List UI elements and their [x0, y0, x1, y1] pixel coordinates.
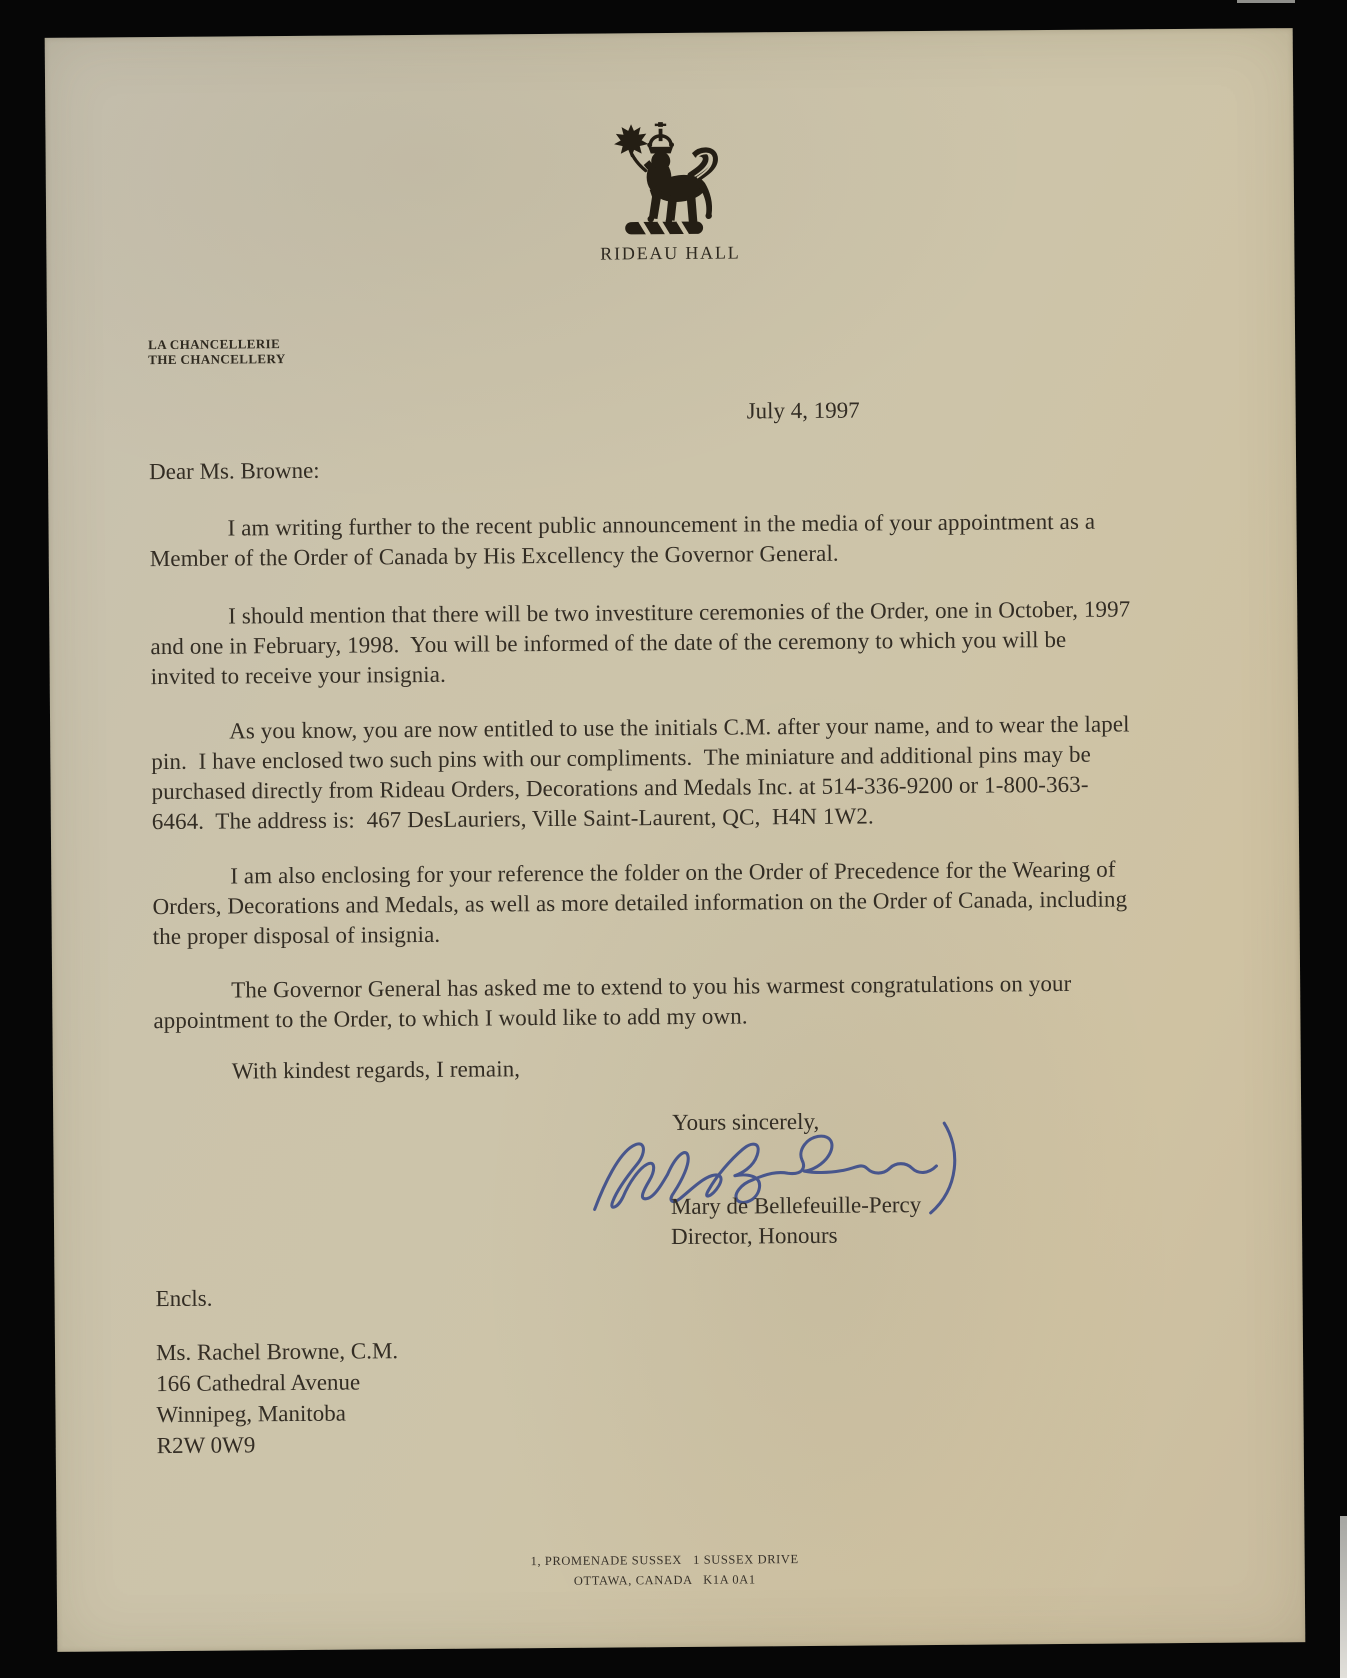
governor-general-crest [605, 119, 720, 240]
paragraph-2: I should mention that there will be two … [150, 593, 1281, 692]
closing-line: With kindest regards, I remain, [154, 1048, 1284, 1087]
paragraph-4: I am also enclosing for your reference t… [152, 853, 1283, 952]
scanned-letter-page: { "letterhead": { "crest": "crowned-lion… [0, 0, 1347, 1678]
letterhead-office: LA CHANCELLERIE THE CHANCELLERY [148, 336, 286, 367]
enclosure-note: Encls. [155, 1284, 212, 1314]
letter-paper: RIDEAU HALL LA CHANCELLERIE THE CHANCELL… [45, 28, 1306, 1652]
wreath-icon [625, 221, 703, 236]
salutation: Dear Ms. Browne: [149, 456, 320, 487]
maple-leaf-icon [614, 124, 649, 171]
letterhead-name: RIDEAU HALL [46, 238, 1294, 269]
crest-graphic [605, 119, 720, 240]
recipient-address: Ms. Rachel Browne, C.M. 166 Cathedral Av… [156, 1335, 399, 1461]
scan-edge-strip [1340, 1516, 1347, 1678]
paragraph-5: The Governor General has asked me to ext… [153, 967, 1283, 1036]
tail-ribbon-icon [690, 150, 715, 180]
office-line-english: THE CHANCELLERY [148, 351, 285, 367]
scan-edge-sliver [1237, 0, 1295, 3]
office-line-french: LA CHANCELLERIE [148, 336, 285, 352]
signer-name: Mary de Bellefeuille-Percy [671, 1190, 922, 1222]
letterhead-footer-address: 1, PROMENADE SUSSEX 1 SUSSEX DRIVE OTTAW… [41, 1545, 1289, 1595]
letter-date: July 4, 1997 [747, 396, 860, 427]
signer-title: Director, Honours [671, 1221, 838, 1252]
crown-icon [647, 122, 674, 154]
paragraph-3: As you know, you are now entitled to use… [151, 708, 1282, 837]
paragraph-1: I am writing further to the recent publi… [149, 505, 1279, 574]
